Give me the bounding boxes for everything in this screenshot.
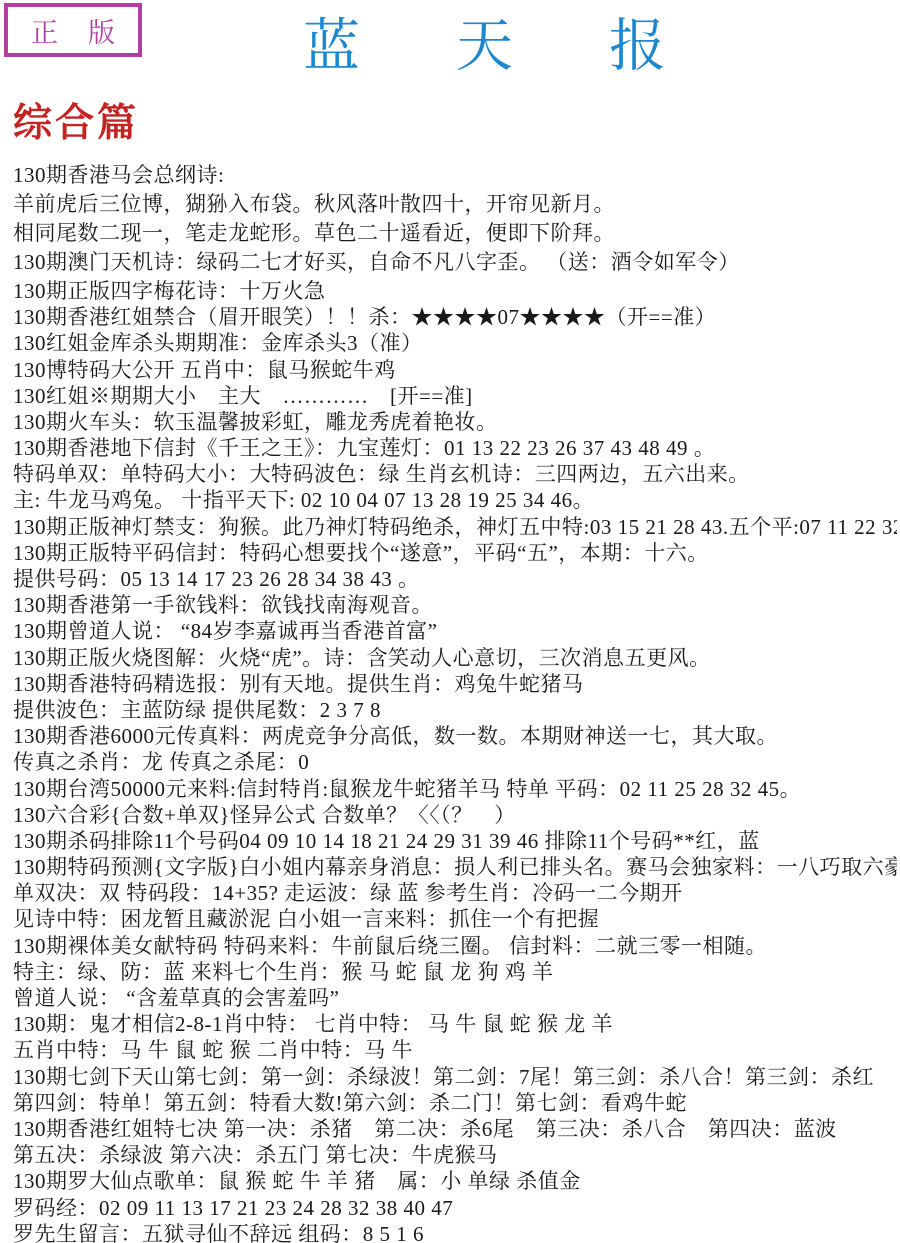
text-line: 罗先生留言：五狱寻仙不辞远 组码：8 5 1 6 <box>13 1221 897 1243</box>
text-line: 130期曾道人说： “84岁李嘉诚再当香港首富” <box>13 618 897 644</box>
text-line: 130期台湾50000元来料:信封特肖:鼠猴龙牛蛇猪羊马 特单 平码：02 11… <box>13 776 897 802</box>
text-line: 提供号码：05 13 14 17 23 26 28 34 38 43 。 <box>13 566 897 592</box>
text-line: 特主：绿、防：蓝 来料七个生肖：猴 马 蛇 鼠 龙 狗 鸡 羊 <box>13 959 897 985</box>
text-line: 130期香港马会总纲诗: <box>13 162 897 188</box>
text-line: 130期正版火烧图解：火烧“虎”。诗：含笑动人心意切，三次消息五更风。 <box>13 645 897 671</box>
text-line: 130期香港地下信封《千王之王》：九宝莲灯：01 13 22 23 26 37 … <box>13 435 897 461</box>
section-heading: 综合篇 <box>13 92 139 148</box>
text-line: 130期澳门天机诗：绿码二七才好买，自命不凡八字歪。 （送：酒令如军令） <box>13 249 897 275</box>
text-line: 130期：鬼才相信2-8-1肖中特： 七肖中特： 马 牛 鼠 蛇 猴 龙 羊 <box>13 1011 897 1037</box>
text-line: 提供波色：主蓝防绿 提供尾数：2 3 7 8 <box>13 697 897 723</box>
text-line: 130期香港红姐禁合（眉开眼笑）！！杀：★★★★07★★★★（开==准） <box>13 304 897 330</box>
text-line: 130六合彩{合数+单双}怪异公式 合数单？〈〈（？ ） <box>13 802 897 828</box>
text-line: 130期香港6000元传真料：两虎竞争分高低，数一数。本期财神送一七，其大取。 <box>13 723 897 749</box>
text-line: 曾道人说： “含羞草真的会害羞吗” <box>13 985 897 1011</box>
text-line: 130期正版四字梅花诗：十万火急 <box>13 278 897 304</box>
text-line: 130期火车头：软玉温馨披彩虹，雕龙秀虎着艳妆。 <box>13 409 897 435</box>
text-line: 特码单双：单特码大小：大特码波色：绿 生肖玄机诗：三四两边，五六出来。 <box>13 461 897 487</box>
text-line: 130期香港特码精选报：别有天地。提供生肖：鸡兔牛蛇猪马 <box>13 671 897 697</box>
text-line: 见诗中特：困龙暂且藏淤泥 白小姐一言来料：抓住一个有把握 <box>13 906 897 932</box>
text-line: 相同尾数二现一，笔走龙蛇形。草色二十遥看近，便即下阶拜。 <box>13 220 897 246</box>
text-line: 羊前虎后三位博，猢狲入布袋。秋风落叶散四十，开帘见新月。 <box>13 191 897 217</box>
text-line: 130期香港红姐特七决 第一决：杀猪 第二决：杀6尾 第三决：杀八合 第四决：蓝… <box>13 1116 897 1142</box>
text-line: 第四剑：特单！第五剑：特看大数!第六剑：杀二门！第七剑：看鸡牛蛇 <box>13 1090 897 1116</box>
text-line: 130期七剑下天山第七剑：第一剑：杀绿波！第二剑：7尾！第三剑：杀八合！第三剑：… <box>13 1064 897 1090</box>
text-line: 130红姐※期期大小 主大 ………… [开==准] <box>13 383 897 409</box>
authenticity-badge: 正版 <box>4 3 142 57</box>
text-line: 主: 牛龙马鸡兔。 十指平天下: 02 10 04 07 13 28 19 25… <box>13 487 897 513</box>
content-lines: 130期香港马会总纲诗: 羊前虎后三位博，猢狲入布袋。秋风落叶散四十，开帘见新月… <box>13 162 897 1243</box>
text-line: 130期杀码排除11个号码04 09 10 14 18 21 24 29 31 … <box>13 828 897 854</box>
text-line: 130期罗大仙点歌单：鼠 猴 蛇 牛 羊 猪 属：小 单绿 杀值金 <box>13 1168 897 1194</box>
text-line: 130期正版神灯禁支：狗猴。此乃神灯特码绝杀，神灯五中特:03 15 21 28… <box>13 514 897 540</box>
text-line: 五肖中特：马 牛 鼠 蛇 猴 二肖中特：马 牛 <box>13 1037 897 1063</box>
text-line: 130红姐金库杀头期期准：金库杀头3（准） <box>13 330 897 356</box>
text-line: 130期香港第一手欲钱料：欲钱找南海观音。 <box>13 592 897 618</box>
lottery-tip-sheet-page: 正版 蓝天报 综合篇 130期香港马会总纲诗: 羊前虎后三位博，猢狲入布袋。秋风… <box>0 0 900 1243</box>
text-line: 130期特码预测{文字版}白小姐内幕亲身消息：损人利已排头名。赛马会独家料：一八… <box>13 854 897 880</box>
text-line: 第五决：杀绿波 第六决：杀五门 第七决：牛虎猴马 <box>13 1142 897 1168</box>
authenticity-badge-label: 正版 <box>31 11 145 50</box>
text-line: 130期正版特平码信封：特码心想要找个“遂意”，平码“五”，本期：十六。 <box>13 540 897 566</box>
text-line: 单双决：双 特码段：14+35? 走运波：绿 蓝 参考生肖：冷码一二今期开 <box>13 880 897 906</box>
text-line: 130博特码大公开 五肖中：鼠马猴蛇牛鸡 <box>13 357 897 383</box>
text-line: 罗码经：02 09 11 13 17 21 23 24 28 32 38 40 … <box>13 1195 897 1221</box>
text-line: 传真之杀肖：龙 传真之杀尾：0 <box>13 749 897 775</box>
text-line: 130期裸体美女献特码 特码来料：牛前鼠后绕三圈。 信封料：二就三零一相随。 <box>13 933 897 959</box>
page-title: 蓝天报 <box>303 16 762 79</box>
